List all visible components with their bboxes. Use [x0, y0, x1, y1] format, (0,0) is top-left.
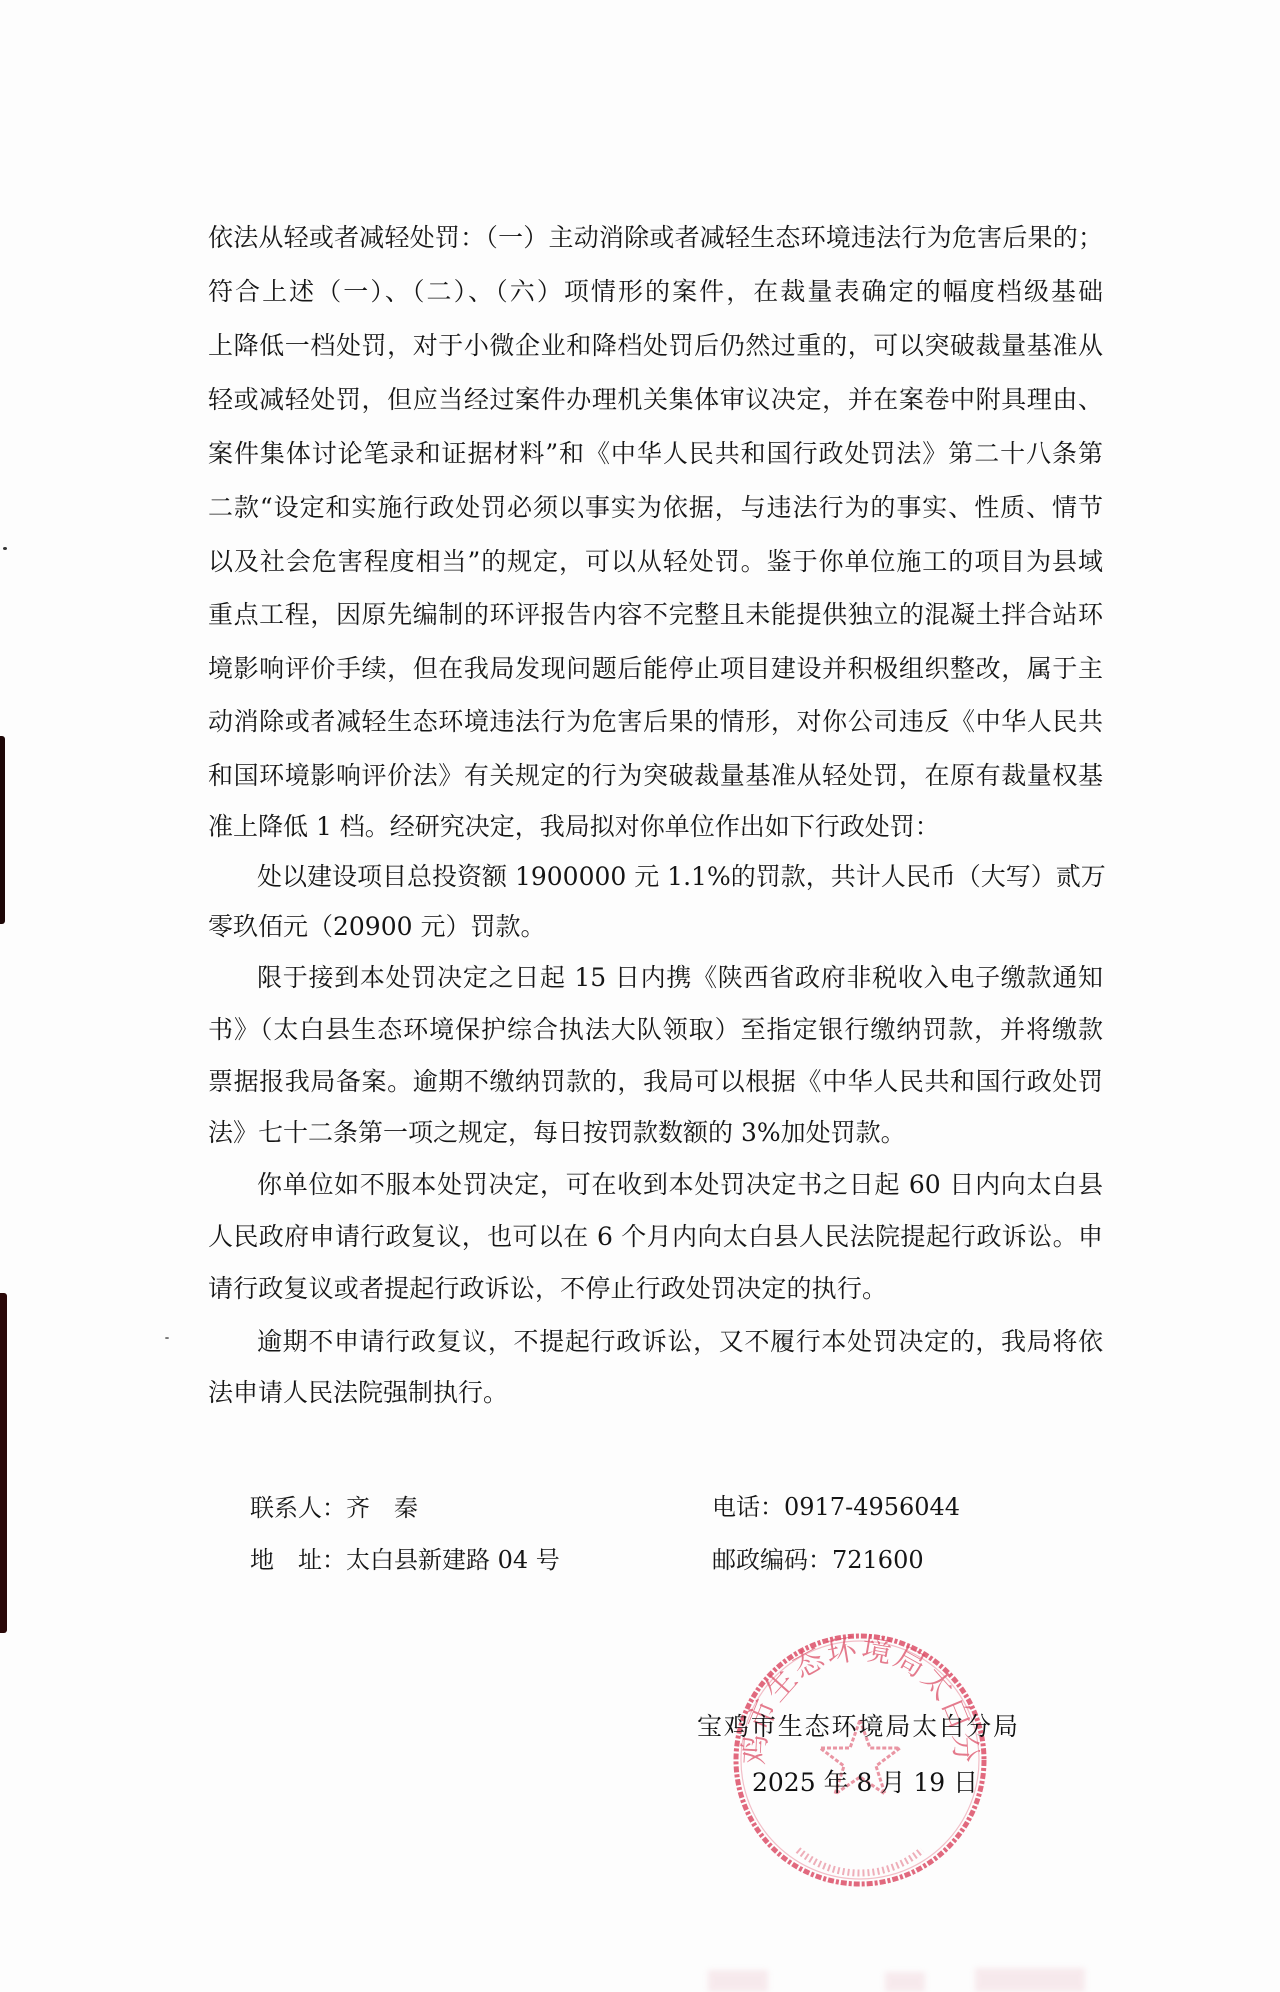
payment-line: 书》（太白县生态环境保护综合执法大队领取）至指定银行缴纳罚款，并将缴款 — [208, 1010, 1103, 1050]
contact-person-label: 联系人： — [250, 1494, 346, 1522]
issue-date: 2025 年 8 月 19 日 — [752, 1763, 957, 1803]
body-line: 轻或减轻处罚，但应当经过案件办理机关集体审议决定，并在案卷中附具理由、 — [208, 380, 1103, 420]
contact-address: 地 址：太白县新建路 04 号 — [250, 1540, 560, 1580]
appeal-line: 你单位如不服本处罚决定，可在收到本处罚决定书之日起 60 日内向太白县 — [257, 1165, 1103, 1205]
contact-address-label: 地 址： — [250, 1546, 346, 1574]
contact-address-value: 太白县新建路 04 号 — [346, 1546, 560, 1574]
body-line: 动消除或者减轻生态环境违法行为危害后果的情形，对你公司违反《中华人民共 — [208, 702, 1103, 742]
body-line: 二款“设定和实施行政处罚必须以事实为依据，与违法行为的事实、性质、情节 — [208, 488, 1103, 528]
body-line: 案件集体讨论笔录和证据材料”和《中华人民共和国行政处罚法》第二十八条第 — [208, 434, 1103, 474]
payment-line: 法》七十二条第一项之规定，每日按罚款数额的 3%加处罚款。 — [208, 1113, 904, 1153]
appeal-line: 请行政复议或者提起行政诉讼，不停止行政处罚决定的执行。 — [208, 1269, 887, 1309]
document-page: 依法从轻或者减轻处罚：（一）主动消除或者减轻生态环境违法行为危害后果的； 符合上… — [0, 0, 1280, 1992]
official-seal-icon: 宝鸡市生态环境局太白分局 — [728, 1628, 992, 1892]
contact-postcode: 邮政编码：721600 — [712, 1540, 924, 1580]
scan-bleed — [708, 1970, 768, 1992]
enforcement-line: 法申请人民法院强制执行。 — [208, 1373, 499, 1413]
body-line: 和国环境影响评价法》有关规定的行为突破裁量基准从轻处罚，在原有裁量权基 — [208, 756, 1103, 796]
appeal-line: 人民政府申请行政复议，也可以在 6 个月内向太白县人民法院提起行政诉讼。申 — [208, 1217, 1103, 1257]
scan-edge-shadow — [0, 736, 5, 924]
contact-postcode-value: 721600 — [832, 1546, 924, 1574]
penalty-line: 处以建设项目总投资额 1900000 元 1.1%的罚款，共计人民币（大写）贰万 — [257, 857, 1103, 897]
contact-phone-value: 0917-4956044 — [784, 1493, 960, 1521]
contact-phone: 电话：0917-4956044 — [712, 1487, 960, 1527]
payment-line: 票据报我局备案。逾期不缴纳罚款的，我局可以根据《中华人民共和国行政处罚 — [208, 1062, 1103, 1102]
scan-speck — [3, 547, 7, 550]
scan-edge-shadow — [0, 1293, 7, 1633]
scan-bleed — [975, 1968, 1085, 1992]
body-line: 依法从轻或者减轻处罚：（一）主动消除或者减轻生态环境违法行为危害后果的； — [208, 218, 1103, 258]
penalty-line: 零玖佰元（20900 元）罚款。 — [208, 907, 520, 947]
issuer-name: 宝鸡市生态环境局太白分局 — [697, 1707, 1018, 1747]
body-line: 重点工程，因原先编制的环评报告内容不完整且未能提供独立的混凝土拌合站环 — [208, 595, 1103, 635]
body-line: 上降低一档处罚，对于小微企业和降档处罚后仍然过重的，可以突破裁量基准从 — [208, 326, 1103, 366]
contact-postcode-label: 邮政编码： — [712, 1546, 832, 1574]
contact-phone-label: 电话： — [712, 1493, 784, 1521]
body-line: 以及社会危害程度相当”的规定，可以从轻处罚。鉴于你单位施工的项目为县域 — [208, 542, 1103, 582]
body-line: 符合上述（一）、（二）、（六）项情形的案件，在裁量表确定的幅度档级基础 — [208, 272, 1103, 312]
payment-line: 限于接到本处罚决定之日起 15 日内携《陕西省政府非税收入电子缴款通知 — [257, 958, 1103, 998]
body-line: 境影响评价手续，但在我局发现问题后能停止项目建设并积极组织整改，属于主 — [208, 649, 1103, 689]
scan-speck — [165, 1337, 169, 1339]
scan-bleed — [885, 1972, 925, 1992]
contact-person: 联系人：齐 秦 — [250, 1488, 418, 1528]
enforcement-line: 逾期不申请行政复议，不提起行政诉讼，又不履行本处罚决定的，我局将依 — [257, 1322, 1103, 1362]
body-line: 准上降低 1 档。经研究决定，我局拟对你单位作出如下行政处罚： — [208, 807, 937, 847]
contact-person-value: 齐 秦 — [346, 1494, 418, 1522]
